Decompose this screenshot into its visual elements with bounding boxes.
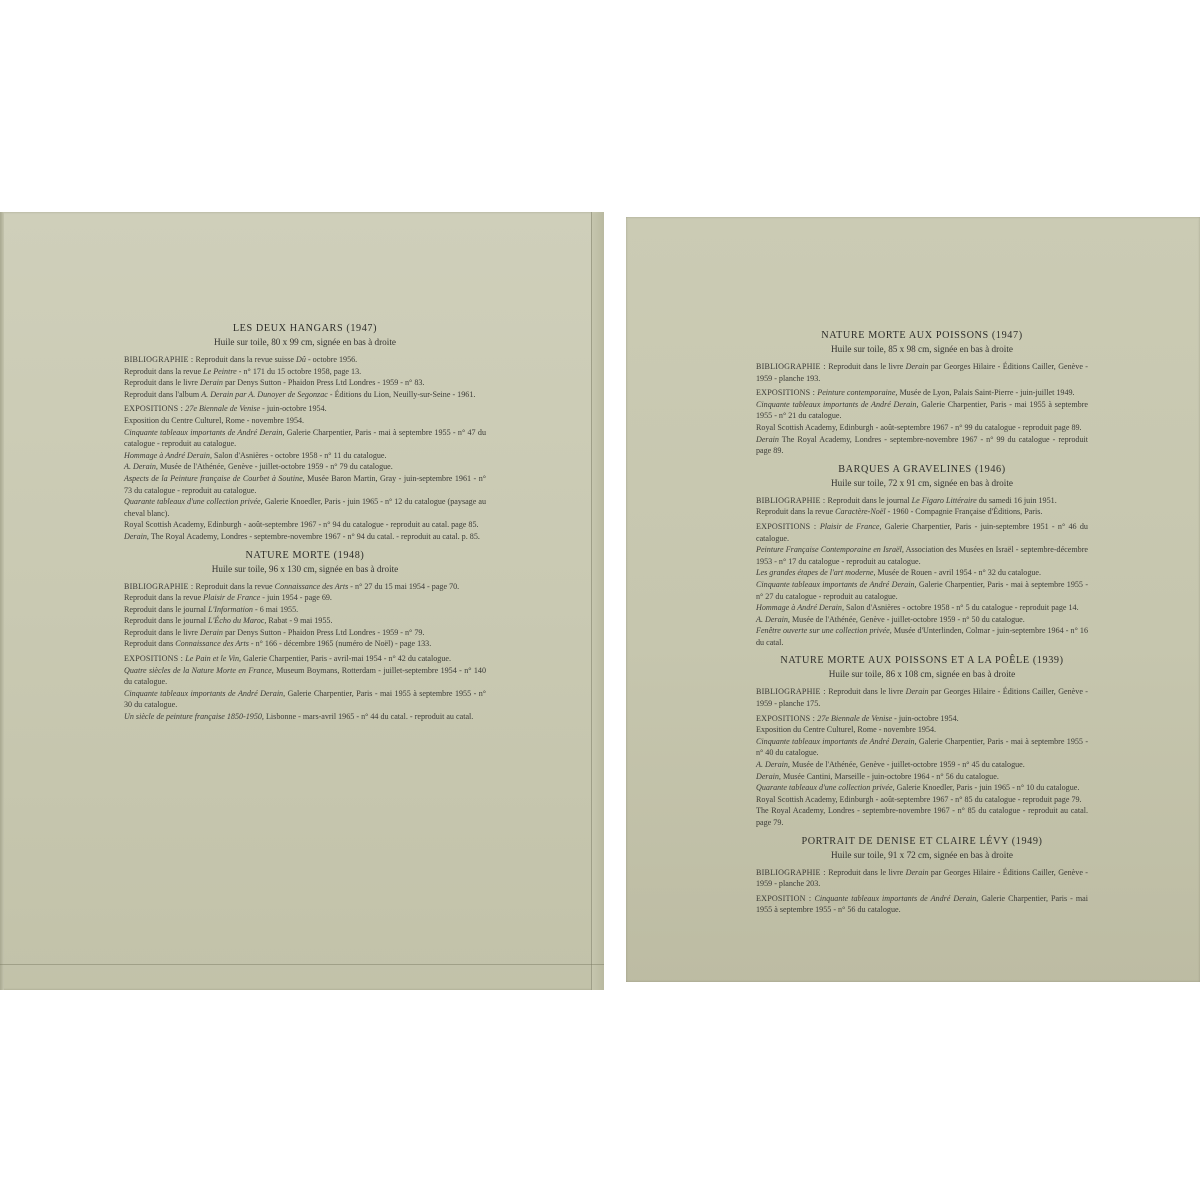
italic-title: 27e Biennale de Venise [185,404,260,413]
expositions-section: EXPOSITIONS : Le Pain et le Vin, Galerie… [124,653,486,723]
italic-title: Cinquante tableaux importants de André D… [756,737,917,746]
artwork-medium: Huile sur toile, 96 x 130 cm, signée en … [124,563,486,576]
bibliographie-line: Reproduit dans le journal L'Information … [124,604,486,616]
line-text: Reproduit dans le livre [124,378,200,387]
line-text: Reproduit dans le livre [828,687,905,696]
line-text: The Royal Academy, Londres - septembre-n… [756,806,1088,827]
catalogue-entry: BARQUES A GRAVELINES (1946)Huile sur toi… [756,463,1088,649]
italic-title: Hommage à André Derain, [756,603,844,612]
expositions-line: EXPOSITIONS : Le Pain et le Vin, Galerie… [124,653,486,665]
expositions-section: EXPOSITIONS : 27e Biennale de Venise - j… [124,403,486,542]
section-label: EXPOSITION : [756,894,814,903]
expositions-line: Aspects de la Peinture française de Cour… [124,473,486,496]
line-text: - juin 1954 - page 69. [260,593,332,602]
line-text: - n° 166 - décembre 1965 (numéro de Noël… [249,639,431,648]
line-text: Reproduit dans la revue suisse [196,355,296,364]
line-text: - 1960 - Compagnie Française d'Éditions,… [886,507,1043,516]
section-label: EXPOSITIONS : [756,714,817,723]
italic-title: Aspects de la Peinture française de Cour… [124,474,305,483]
italic-title: Derain [200,628,223,637]
line-text: Reproduit dans l'album [124,390,201,399]
expositions-line: Cinquante tableaux importants de André D… [756,736,1088,759]
italic-title: Un siècle de peinture française 1850-195… [124,712,264,721]
italic-title: Cinquante tableaux importants de André D… [124,689,285,698]
italic-title: A. Derain, [756,760,790,769]
line-text: Reproduit dans le livre [124,628,200,637]
line-text: Reproduit dans le livre [828,868,905,877]
italic-title: Cinquante tableaux importants de André D… [756,580,917,589]
expositions-line: A. Derain, Musée de l'Athénée, Genève - … [756,759,1088,771]
line-text: Reproduit dans la revue [196,582,275,591]
line-text: Reproduit dans [124,639,175,648]
artwork-title: NATURE MORTE AUX POISSONS (1947) [756,329,1088,342]
expositions-line: Derain The Royal Academy, Londres - sept… [756,434,1088,457]
line-text: Rabat - 9 mai 1955. [266,616,332,625]
bibliographie-section: BIBLIOGRAPHIE : Reproduit dans la revue … [124,581,486,651]
expositions-line: Royal Scottish Academy, Edinburgh - août… [756,422,1088,434]
bibliographie-line: BIBLIOGRAPHIE : Reproduit dans le livre … [756,686,1088,709]
italic-title: Peinture contemporaine, [817,388,897,397]
section-label: EXPOSITIONS : [756,522,820,531]
artwork-medium: Huile sur toile, 80 x 99 cm, signée en b… [124,336,486,349]
bibliographie-line: Reproduit dans le journal L'Écho du Maro… [124,615,486,627]
bibliographie-line: Reproduit dans la revue Caractère-Noël -… [756,506,1088,518]
expositions-line: Royal Scottish Academy, Edinburgh - août… [124,519,486,531]
left-catalogue-page: LES DEUX HANGARS (1947)Huile sur toile, … [0,212,604,990]
bibliographie-line: Reproduit dans le livre Derain par Denys… [124,377,486,389]
artwork-medium: Huile sur toile, 85 x 98 cm, signée en b… [756,343,1088,356]
line-text: - 6 mai 1955. [253,605,298,614]
line-text: The Royal Academy, Londres - septembre-n… [756,435,1088,456]
artwork-title: NATURE MORTE (1948) [124,549,486,562]
expositions-line: Cinquante tableaux importants de André D… [756,579,1088,602]
catalogue-entry: NATURE MORTE (1948)Huile sur toile, 96 x… [124,549,486,723]
bibliographie-line: BIBLIOGRAPHIE : Reproduit dans le livre … [756,361,1088,384]
line-text: par Denys Sutton - Phaidon Press Ltd Lon… [223,378,425,387]
bibliographie-line: BIBLIOGRAPHIE : Reproduit dans la revue … [124,354,486,366]
italic-title: Le Peintre [203,367,237,376]
italic-title: 27e Biennale de Venise [817,714,892,723]
artwork-medium: Huile sur toile, 86 x 108 cm, signée en … [756,668,1088,681]
bibliographie-line: Reproduit dans le livre Derain par Denys… [124,627,486,639]
expositions-section: EXPOSITION : Cinquante tableaux importan… [756,893,1088,916]
line-text: Musée de Lyon, Palais Saint-Pierre - jui… [897,388,1074,397]
expositions-line: Hommage à André Derain, Salon d'Asnières… [756,602,1088,614]
italic-title: Cinquante tableaux importants de André D… [814,894,978,903]
expositions-line: EXPOSITIONS : 27e Biennale de Venise - j… [124,403,486,415]
artwork-medium: Huile sur toile, 91 x 72 cm, signée en b… [756,849,1088,862]
line-text: Lisbonne - mars-avril 1965 - n° 44 du ca… [264,712,473,721]
bibliographie-line: Reproduit dans Connaissance des Arts - n… [124,638,486,650]
line-text: Musée de Rouen - avril 1954 - n° 32 du c… [876,568,1042,577]
expositions-line: Peinture Française Contemporaine en Isra… [756,544,1088,567]
expositions-section: EXPOSITIONS : Plaisir de France, Galerie… [756,521,1088,649]
italic-title: Dû [296,355,306,364]
italic-title: Les grandes étapes de l'art moderne, [756,568,876,577]
line-text: Reproduit dans la revue [124,367,203,376]
expositions-line: EXPOSITIONS : 27e Biennale de Venise - j… [756,713,1088,725]
line-text: Reproduit dans le livre [828,362,905,371]
line-text: Musée Cantini, Marseille - juin-octobre … [781,772,999,781]
expositions-line: A. Derain, Musée de l'Athénée, Genève - … [756,614,1088,626]
italic-title: Connaissance des Arts [275,582,349,591]
catalogue-entry: LES DEUX HANGARS (1947)Huile sur toile, … [124,322,486,543]
italic-title: Cinquante tableaux importants de André D… [756,400,918,409]
section-label: BIBLIOGRAPHIE : [124,582,196,591]
line-text: Reproduit dans la revue [756,507,835,516]
bibliographie-section: BIBLIOGRAPHIE : Reproduit dans le journa… [756,495,1088,518]
expositions-line: Les grandes étapes de l'art moderne, Mus… [756,567,1088,579]
expositions-line: Royal Scottish Academy, Edinburgh - août… [756,794,1088,806]
italic-title: Derain, [124,532,149,541]
expositions-line: Derain, Musée Cantini, Marseille - juin-… [756,771,1088,783]
section-label: EXPOSITIONS : [756,388,817,397]
italic-title: A. Derain, [756,615,790,624]
italic-title: Derain [756,435,779,444]
expositions-section: EXPOSITIONS : Peinture contemporaine, Mu… [756,387,1088,457]
expositions-line: The Royal Academy, Londres - septembre-n… [756,805,1088,828]
expositions-line: Cinquante tableaux importants de André D… [124,427,486,450]
italic-title: A. Derain, [124,462,158,471]
expositions-line: Quarante tableaux d'une collection privé… [756,782,1088,794]
italic-title: L'Information [208,605,253,614]
right-page-content: NATURE MORTE AUX POISSONS (1947)Huile su… [756,329,1088,922]
bibliographie-section: BIBLIOGRAPHIE : Reproduit dans le livre … [756,361,1088,384]
bibliographie-line: BIBLIOGRAPHIE : Reproduit dans le journa… [756,495,1088,507]
line-text: The Royal Academy, Londres - septembre-n… [149,532,480,541]
italic-title: Quatre siècles de la Nature Morte en Fra… [124,666,274,675]
line-text: - Éditions du Lion, Neuilly-sur-Seine - … [328,390,476,399]
artwork-title: LES DEUX HANGARS (1947) [124,322,486,335]
expositions-line: Hommage à André Derain, Salon d'Asnières… [124,450,486,462]
line-text: Reproduit dans le journal [828,496,912,505]
artwork-title: NATURE MORTE AUX POISSONS ET A LA POÊLE … [756,654,1088,667]
bibliographie-line: Reproduit dans la revue Plaisir de Franc… [124,592,486,604]
line-text: Exposition du Centre Culturel, Rome - no… [756,725,936,734]
line-text: du samedi 16 juin 1951. [977,496,1057,505]
expositions-line: Exposition du Centre Culturel, Rome - no… [124,415,486,427]
italic-title: Connaissance des Arts [175,639,249,648]
expositions-line: EXPOSITIONS : Plaisir de France, Galerie… [756,521,1088,544]
bibliographie-section: BIBLIOGRAPHIE : Reproduit dans le livre … [756,686,1088,709]
italic-title: Quarante tableaux d'une collection privé… [756,783,895,792]
line-text: Royal Scottish Academy, Edinburgh - août… [756,795,1082,804]
line-text: Exposition du Centre Culturel, Rome - no… [124,416,304,425]
right-catalogue-page: NATURE MORTE AUX POISSONS (1947)Huile su… [626,217,1200,982]
line-text: Reproduit dans le journal [124,616,208,625]
italic-title: Hommage à André Derain, [124,451,212,460]
section-label: BIBLIOGRAPHIE : [756,868,828,877]
italic-title: Derain [906,868,929,877]
line-text: par Denys Sutton - Phaidon Press Ltd Lon… [223,628,425,637]
bibliographie-section: BIBLIOGRAPHIE : Reproduit dans la revue … [124,354,486,400]
artwork-title: PORTRAIT DE DENISE ET CLAIRE LÉVY (1949) [756,835,1088,848]
section-label: BIBLIOGRAPHIE : [124,355,196,364]
artwork-title: BARQUES A GRAVELINES (1946) [756,463,1088,476]
bibliographie-line: Reproduit dans l'album A. Derain par A. … [124,389,486,401]
italic-title: Peinture Française Contemporaine en Isra… [756,545,904,554]
line-text: - n° 27 du 15 mai 1954 - page 70. [348,582,459,591]
line-text: - juin-octobre 1954. [892,714,959,723]
line-text: Galerie Knoedler, Paris - juin 1965 - n°… [895,783,1080,792]
italic-title: Fenêtre ouverte sur une collection privé… [756,626,892,635]
italic-title: Derain [906,362,929,371]
expositions-line: Quarante tableaux d'une collection privé… [124,496,486,519]
bibliographie-line: BIBLIOGRAPHIE : Reproduit dans le livre … [756,867,1088,890]
italic-title: Derain [906,687,929,696]
expositions-line: Derain, The Royal Academy, Londres - sep… [124,531,486,543]
section-label: EXPOSITIONS : [124,404,185,413]
page-edge [591,212,604,990]
bibliographie-section: BIBLIOGRAPHIE : Reproduit dans le livre … [756,867,1088,890]
line-text: Galerie Charpentier, Paris - avril-mai 1… [241,654,451,663]
line-text: Royal Scottish Academy, Edinburgh - août… [124,520,479,529]
italic-title: Derain [200,378,223,387]
line-text: Reproduit dans la revue [124,593,203,602]
bibliographie-line: Reproduit dans la revue Le Peintre - n° … [124,366,486,378]
italic-title: A. Derain par A. Dunoyer de Segonzac [201,390,328,399]
artwork-medium: Huile sur toile, 72 x 91 cm, signée en b… [756,477,1088,490]
expositions-line: A. Derain, Musée de l'Athénée, Genève - … [124,461,486,473]
expositions-line: Un siècle de peinture française 1850-195… [124,711,486,723]
italic-title: Le Figaro Littéraire [912,496,977,505]
italic-title: Quarante tableaux d'une collection privé… [124,497,263,506]
expositions-line: EXPOSITION : Cinquante tableaux importan… [756,893,1088,916]
line-text: - n° 171 du 15 octobre 1958, page 13. [237,367,361,376]
section-label: BIBLIOGRAPHIE : [756,496,828,505]
expositions-line: EXPOSITIONS : Peinture contemporaine, Mu… [756,387,1088,399]
line-text: - juin-octobre 1954. [260,404,327,413]
line-text: Musée de l'Athénée, Genève - juillet-oct… [790,760,1025,769]
italic-title: Plaisir de France [203,593,260,602]
catalogue-entry: PORTRAIT DE DENISE ET CLAIRE LÉVY (1949)… [756,835,1088,916]
line-text: Royal Scottish Academy, Edinburgh - août… [756,423,1082,432]
expositions-line: Quatre siècles de la Nature Morte en Fra… [124,665,486,688]
expositions-line: Cinquante tableaux importants de André D… [124,688,486,711]
line-text: Salon d'Asnières - octobre 1958 - n° 11 … [212,451,387,460]
left-page-content: LES DEUX HANGARS (1947)Huile sur toile, … [124,322,486,729]
italic-title: Cinquante tableaux importants de André D… [124,428,284,437]
bibliographie-line: BIBLIOGRAPHIE : Reproduit dans la revue … [124,581,486,593]
line-text: Reproduit dans le journal [124,605,208,614]
expositions-line: Cinquante tableaux importants de André D… [756,399,1088,422]
italic-title: L'Écho du Maroc, [208,616,266,625]
italic-title: Plaisir de France, [820,522,882,531]
italic-title: Caractère-Noël [835,507,886,516]
line-text: Musée de l'Athénée, Genève - juillet-oct… [158,462,393,471]
catalogue-entry: NATURE MORTE AUX POISSONS ET A LA POÊLE … [756,654,1088,828]
section-label: BIBLIOGRAPHIE : [756,687,828,696]
section-label: EXPOSITIONS : [124,654,185,663]
line-text: Salon d'Asnières - octobre 1958 - n° 5 d… [844,603,1079,612]
expositions-line: Exposition du Centre Culturel, Rome - no… [756,724,1088,736]
catalogue-entry: NATURE MORTE AUX POISSONS (1947)Huile su… [756,329,1088,457]
section-label: BIBLIOGRAPHIE : [756,362,828,371]
line-text: - octobre 1956. [306,355,357,364]
italic-title: Le Pain et le Vin, [185,654,241,663]
expositions-section: EXPOSITIONS : 27e Biennale de Venise - j… [756,713,1088,829]
italic-title: Derain, [756,772,781,781]
expositions-line: Fenêtre ouverte sur une collection privé… [756,625,1088,648]
line-text: Musée de l'Athénée, Genève - juillet-oct… [790,615,1025,624]
